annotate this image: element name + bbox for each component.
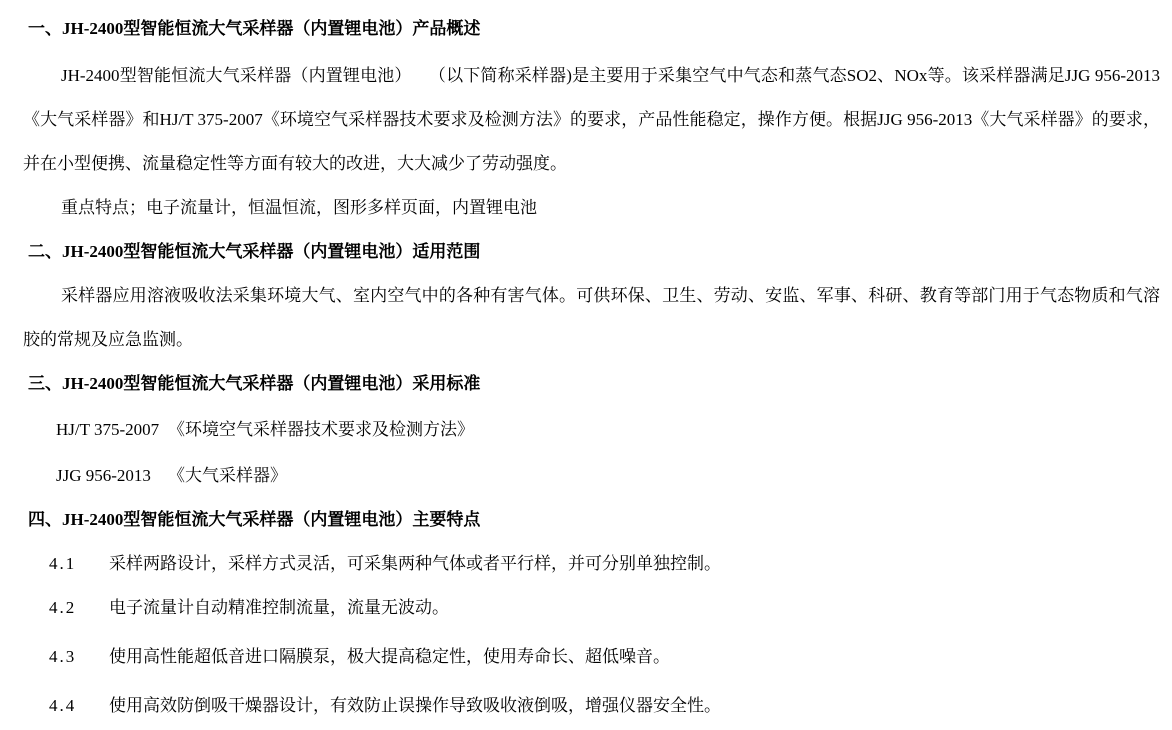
feature-item: 4.2电子流量计自动精准控制流量，流量无波动。: [49, 586, 1160, 630]
standard-code: HJ/T 375-2007: [56, 408, 168, 452]
standard-row: JJG 956-2013《大气采样器》: [56, 454, 1160, 498]
feature-text: 使用高性能超低音进口隔膜泵，极大提高稳定性，使用寿命长、超低噪音。: [109, 647, 670, 666]
standard-code: JJG 956-2013: [56, 454, 168, 498]
section-2-paragraph: 采样器应用溶液吸收法采集环境大气、室内空气中的各种有害气体。可供环保、卫生、劳动…: [23, 274, 1160, 362]
section-2-heading: 二、JH-2400型智能恒流大气采样器（内置锂电池）适用范围: [23, 230, 1160, 274]
feature-item: 4.4使用高效防倒吸干燥器设计，有效防止误操作导致吸收液倒吸，增强仪器安全性。: [49, 684, 1160, 728]
document-page: 一、JH-2400型智能恒流大气采样器（内置锂电池）产品概述 JH-2400型智…: [0, 0, 1172, 730]
section-3-heading: 三、JH-2400型智能恒流大气采样器（内置锂电池）采用标准: [23, 362, 1160, 406]
feature-text: 电子流量计自动精准控制流量，流量无波动。: [109, 598, 449, 617]
feature-item: 4.1采样两路设计，采样方式灵活，可采集两种气体或者平行样，并可分别单独控制。: [49, 542, 1160, 586]
feature-number: 4.1: [49, 542, 109, 586]
section-1-paragraph: JH-2400型智能恒流大气采样器（内置锂电池） （以下简称采样器)是主要用于采…: [23, 54, 1160, 186]
standard-title: 《环境空气采样器技术要求及检测方法》: [168, 420, 474, 439]
standard-row: HJ/T 375-2007《环境空气采样器技术要求及检测方法》: [56, 408, 1160, 452]
section-4-heading: 四、JH-2400型智能恒流大气采样器（内置锂电池）主要特点: [23, 498, 1160, 542]
feature-number: 4.4: [49, 684, 109, 728]
feature-text: 采样两路设计，采样方式灵活，可采集两种气体或者平行样，并可分别单独控制。: [109, 554, 721, 573]
feature-number: 4.2: [49, 586, 109, 630]
section-1-key-features-line: 重点特点；电子流量计，恒温恒流，图形多样页面，内置锂电池: [23, 186, 1160, 230]
feature-text: 使用高效防倒吸干燥器设计，有效防止误操作导致吸收液倒吸，增强仪器安全性。: [109, 696, 721, 715]
feature-number: 4.3: [49, 635, 109, 679]
standard-title: 《大气采样器》: [168, 466, 287, 485]
feature-item: 4.3使用高性能超低音进口隔膜泵，极大提高稳定性，使用寿命长、超低噪音。: [49, 635, 1160, 679]
section-1-heading: 一、JH-2400型智能恒流大气采样器（内置锂电池）产品概述: [23, 7, 1160, 51]
